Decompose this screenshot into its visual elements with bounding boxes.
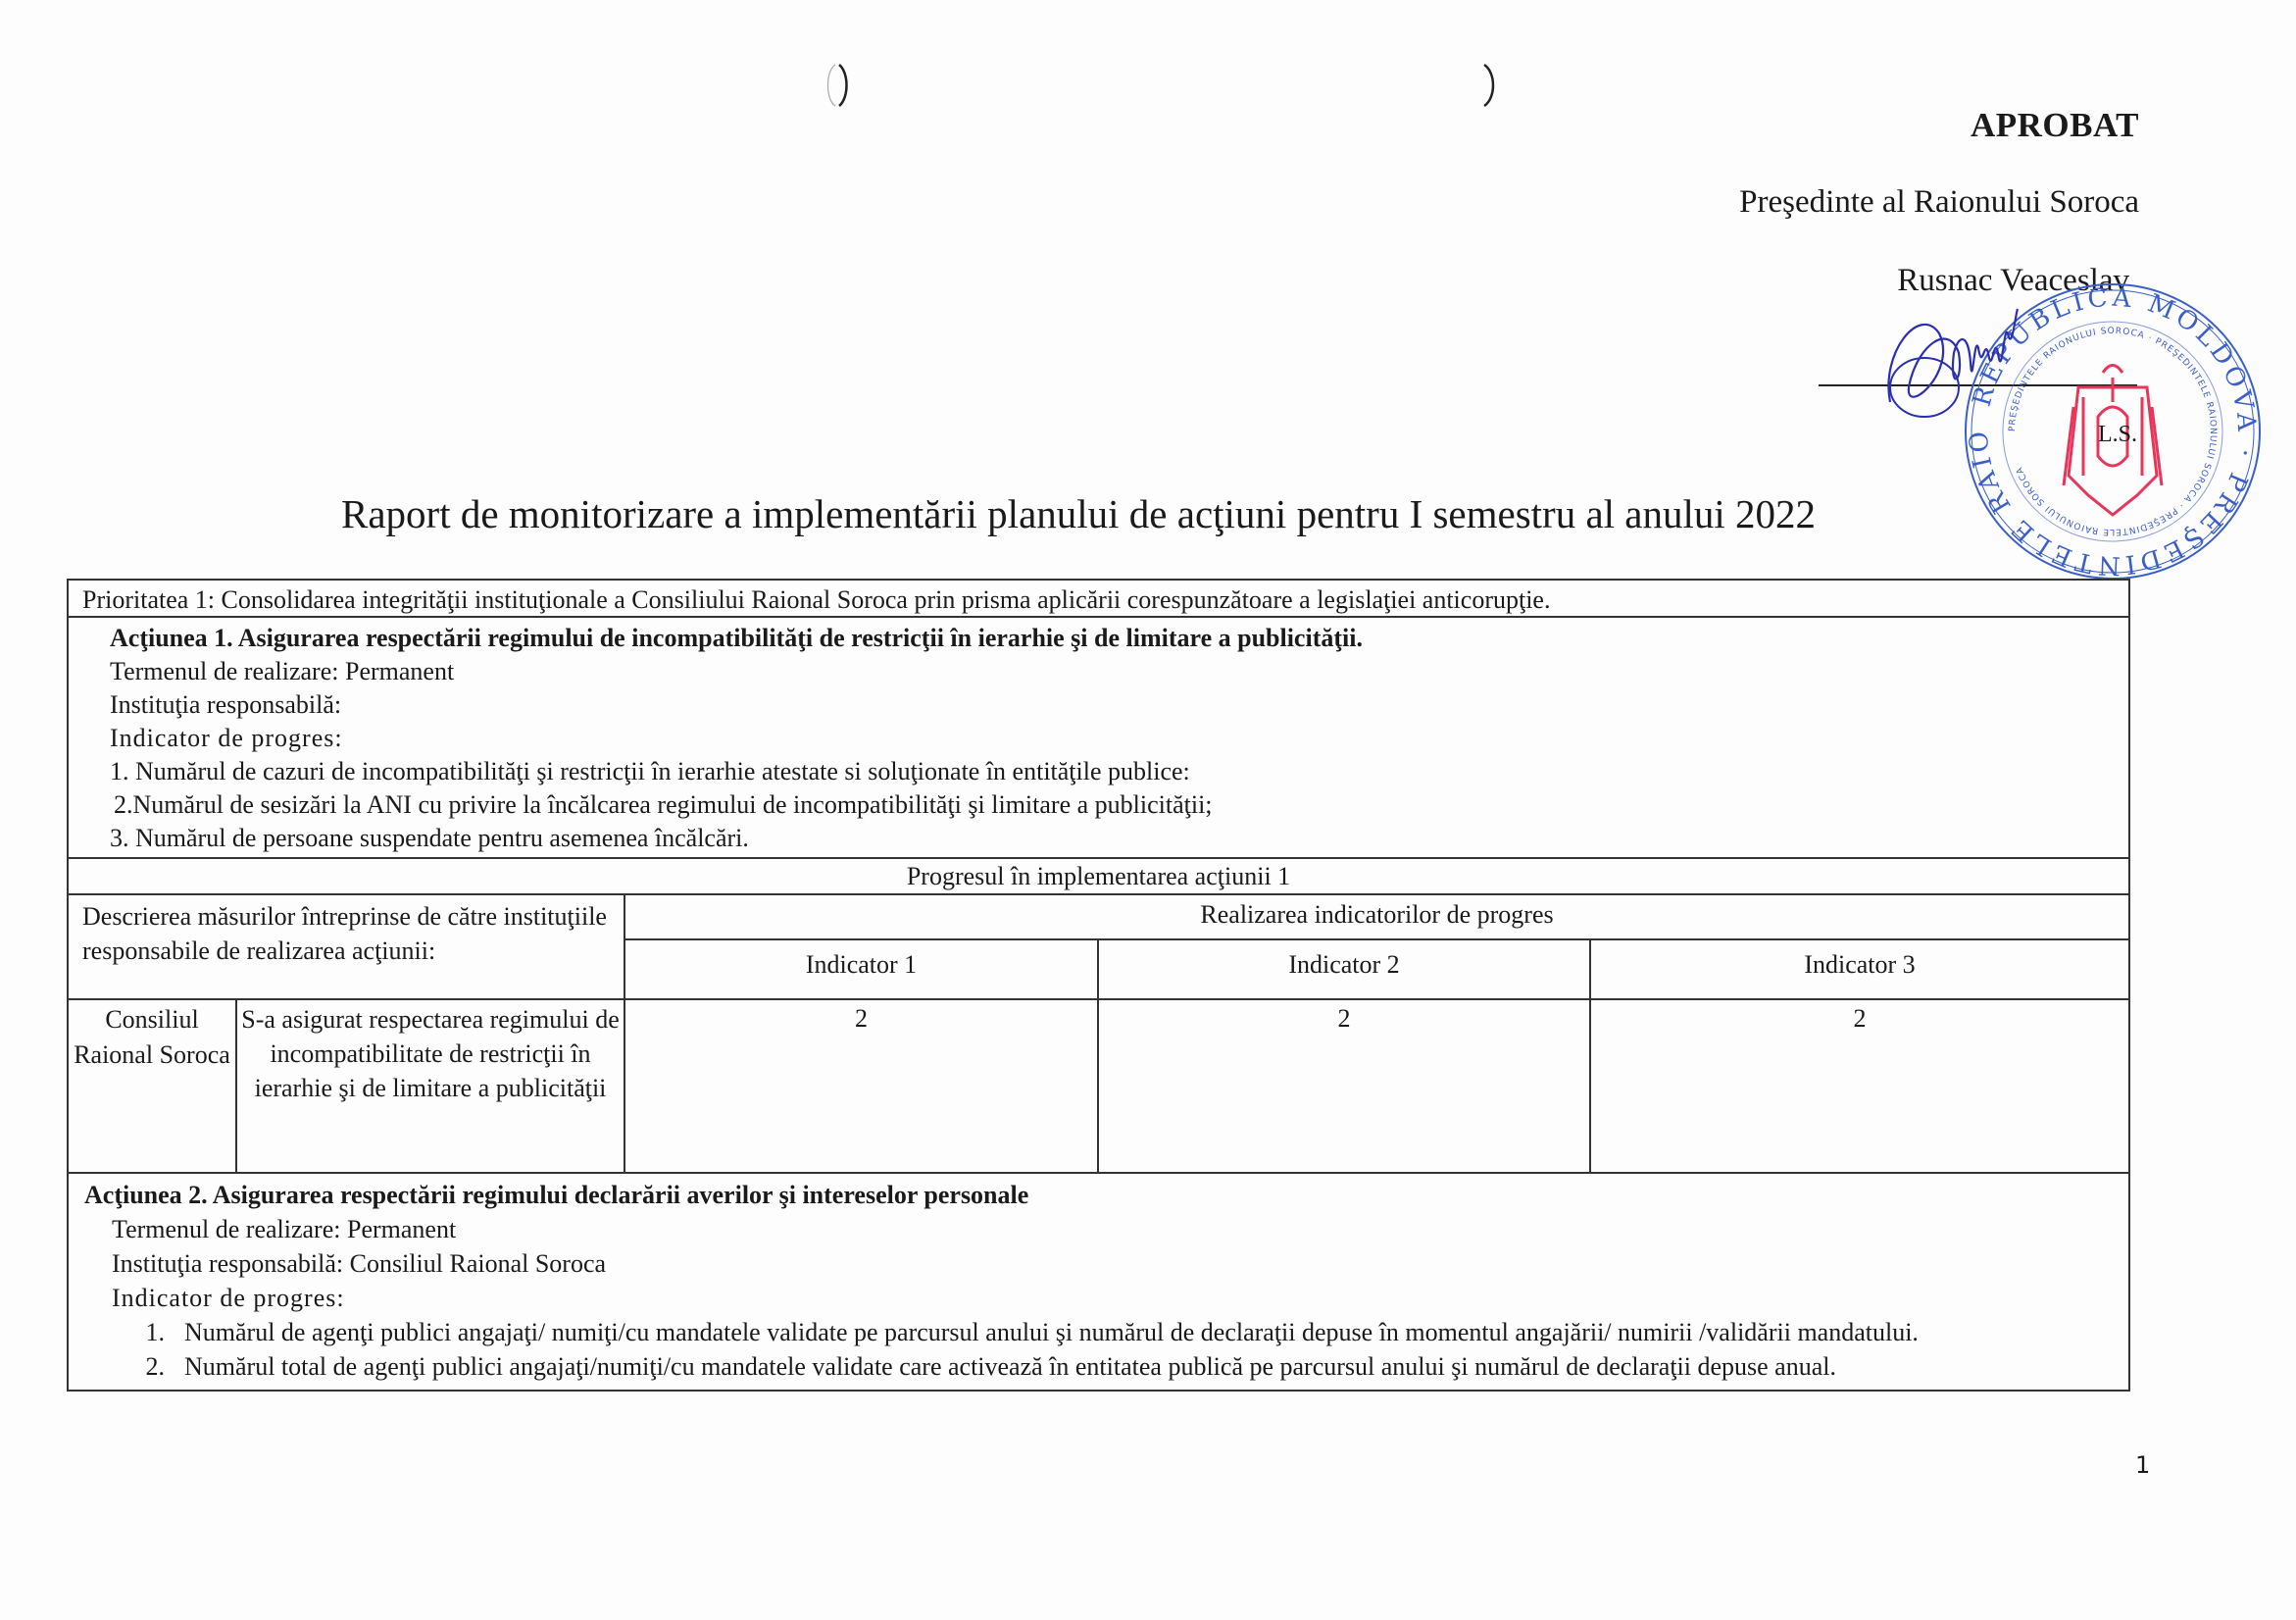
action-2-indicator-list: 1. Numărul de agenţi publici angajaţi/ n…	[86, 1315, 2115, 1384]
indicator-3-value: 2	[1591, 1000, 2128, 1172]
realization-header: Realizarea indicatorilor de progres	[625, 895, 2128, 940]
indicator-3-header: Indicator 3	[1591, 940, 2128, 1000]
indicator-text: Numărul total de agenţi publici angajaţi…	[184, 1349, 2115, 1384]
measure-cell: S-a asigurat respectarea regimului de in…	[237, 1000, 625, 1172]
action-1-term: Termenul de realizare: Permanent	[110, 655, 2115, 688]
action-1-indicator: 2.Numărul de sesizări la ANI cu privire …	[110, 788, 2115, 822]
approver-position: Preşedinte al Raionului Soroca	[1739, 184, 2139, 221]
punch-hole-right	[1471, 61, 1504, 110]
action-2-indicator: 2. Numărul total de agenţi publici angaj…	[86, 1349, 2115, 1384]
indicator-1-value: 2	[625, 1000, 1099, 1172]
indicator-number: 2.	[86, 1349, 184, 1384]
report-table: Prioritatea 1: Consolidarea integrităţii…	[67, 579, 2130, 1392]
punch-hole-left	[822, 61, 855, 110]
action-1-indicator-label: Indicator de progres:	[110, 722, 2115, 755]
approval-heading: APROBAT	[1971, 106, 2139, 145]
ls-mark: L.S.	[2098, 422, 2137, 448]
action-2-indicator: 1. Numărul de agenţi publici angajaţi/ n…	[86, 1315, 2115, 1349]
action-1-institution: Instituţia responsabilă:	[110, 688, 2115, 722]
action-1-indicator-list: 1. Numărul de cazuri de incompatibilităţ…	[110, 755, 2115, 855]
indicator-number: 1.	[86, 1315, 184, 1349]
indicator-1-header: Indicator 1	[625, 940, 1099, 1000]
action-1-section: Acţiunea 1. Asigurarea respectării regim…	[69, 618, 2128, 859]
action-2-institution: Instituţia responsabilă: Consiliul Raion…	[112, 1246, 2115, 1281]
indicator-text: Numărul de agenţi publici angajaţi/ numi…	[184, 1315, 2115, 1349]
action-1-indicator: 3. Numărul de persoane suspendate pentru…	[110, 822, 2115, 855]
indicator-2-value: 2	[1099, 1000, 1591, 1172]
progress-title-row: Progresul în implementarea acţiunii 1	[69, 859, 2128, 895]
priority-row: Prioritatea 1: Consolidarea integrităţii…	[69, 581, 2128, 618]
action-2-term: Termenul de realizare: Permanent	[112, 1212, 2115, 1246]
action-1-indicator: 1. Numărul de cazuri de incompatibilităţ…	[110, 755, 2115, 788]
handwritten-signature-icon	[1880, 294, 2057, 431]
action-2-indicator-label: Indicator de progres:	[112, 1281, 2115, 1315]
page-number: 1	[2135, 1451, 2150, 1479]
action-1-heading: Acţiunea 1. Asigurarea respectării regim…	[110, 622, 2115, 655]
action-2-section: Acţiunea 2. Asigurarea respectării regim…	[69, 1174, 2128, 1390]
action-2-heading: Acţiunea 2. Asigurarea respectării regim…	[84, 1178, 2115, 1212]
progress-table: Descrierea măsurilor întreprinse de cătr…	[69, 895, 2128, 1174]
institution-cell: Consiliul Raional Soroca	[69, 1000, 237, 1172]
indicator-2-header: Indicator 2	[1099, 940, 1591, 1000]
report-title: Raport de monitorizare a implementării p…	[341, 490, 1816, 537]
description-header: Descrierea măsurilor întreprinse de cătr…	[69, 895, 625, 1000]
